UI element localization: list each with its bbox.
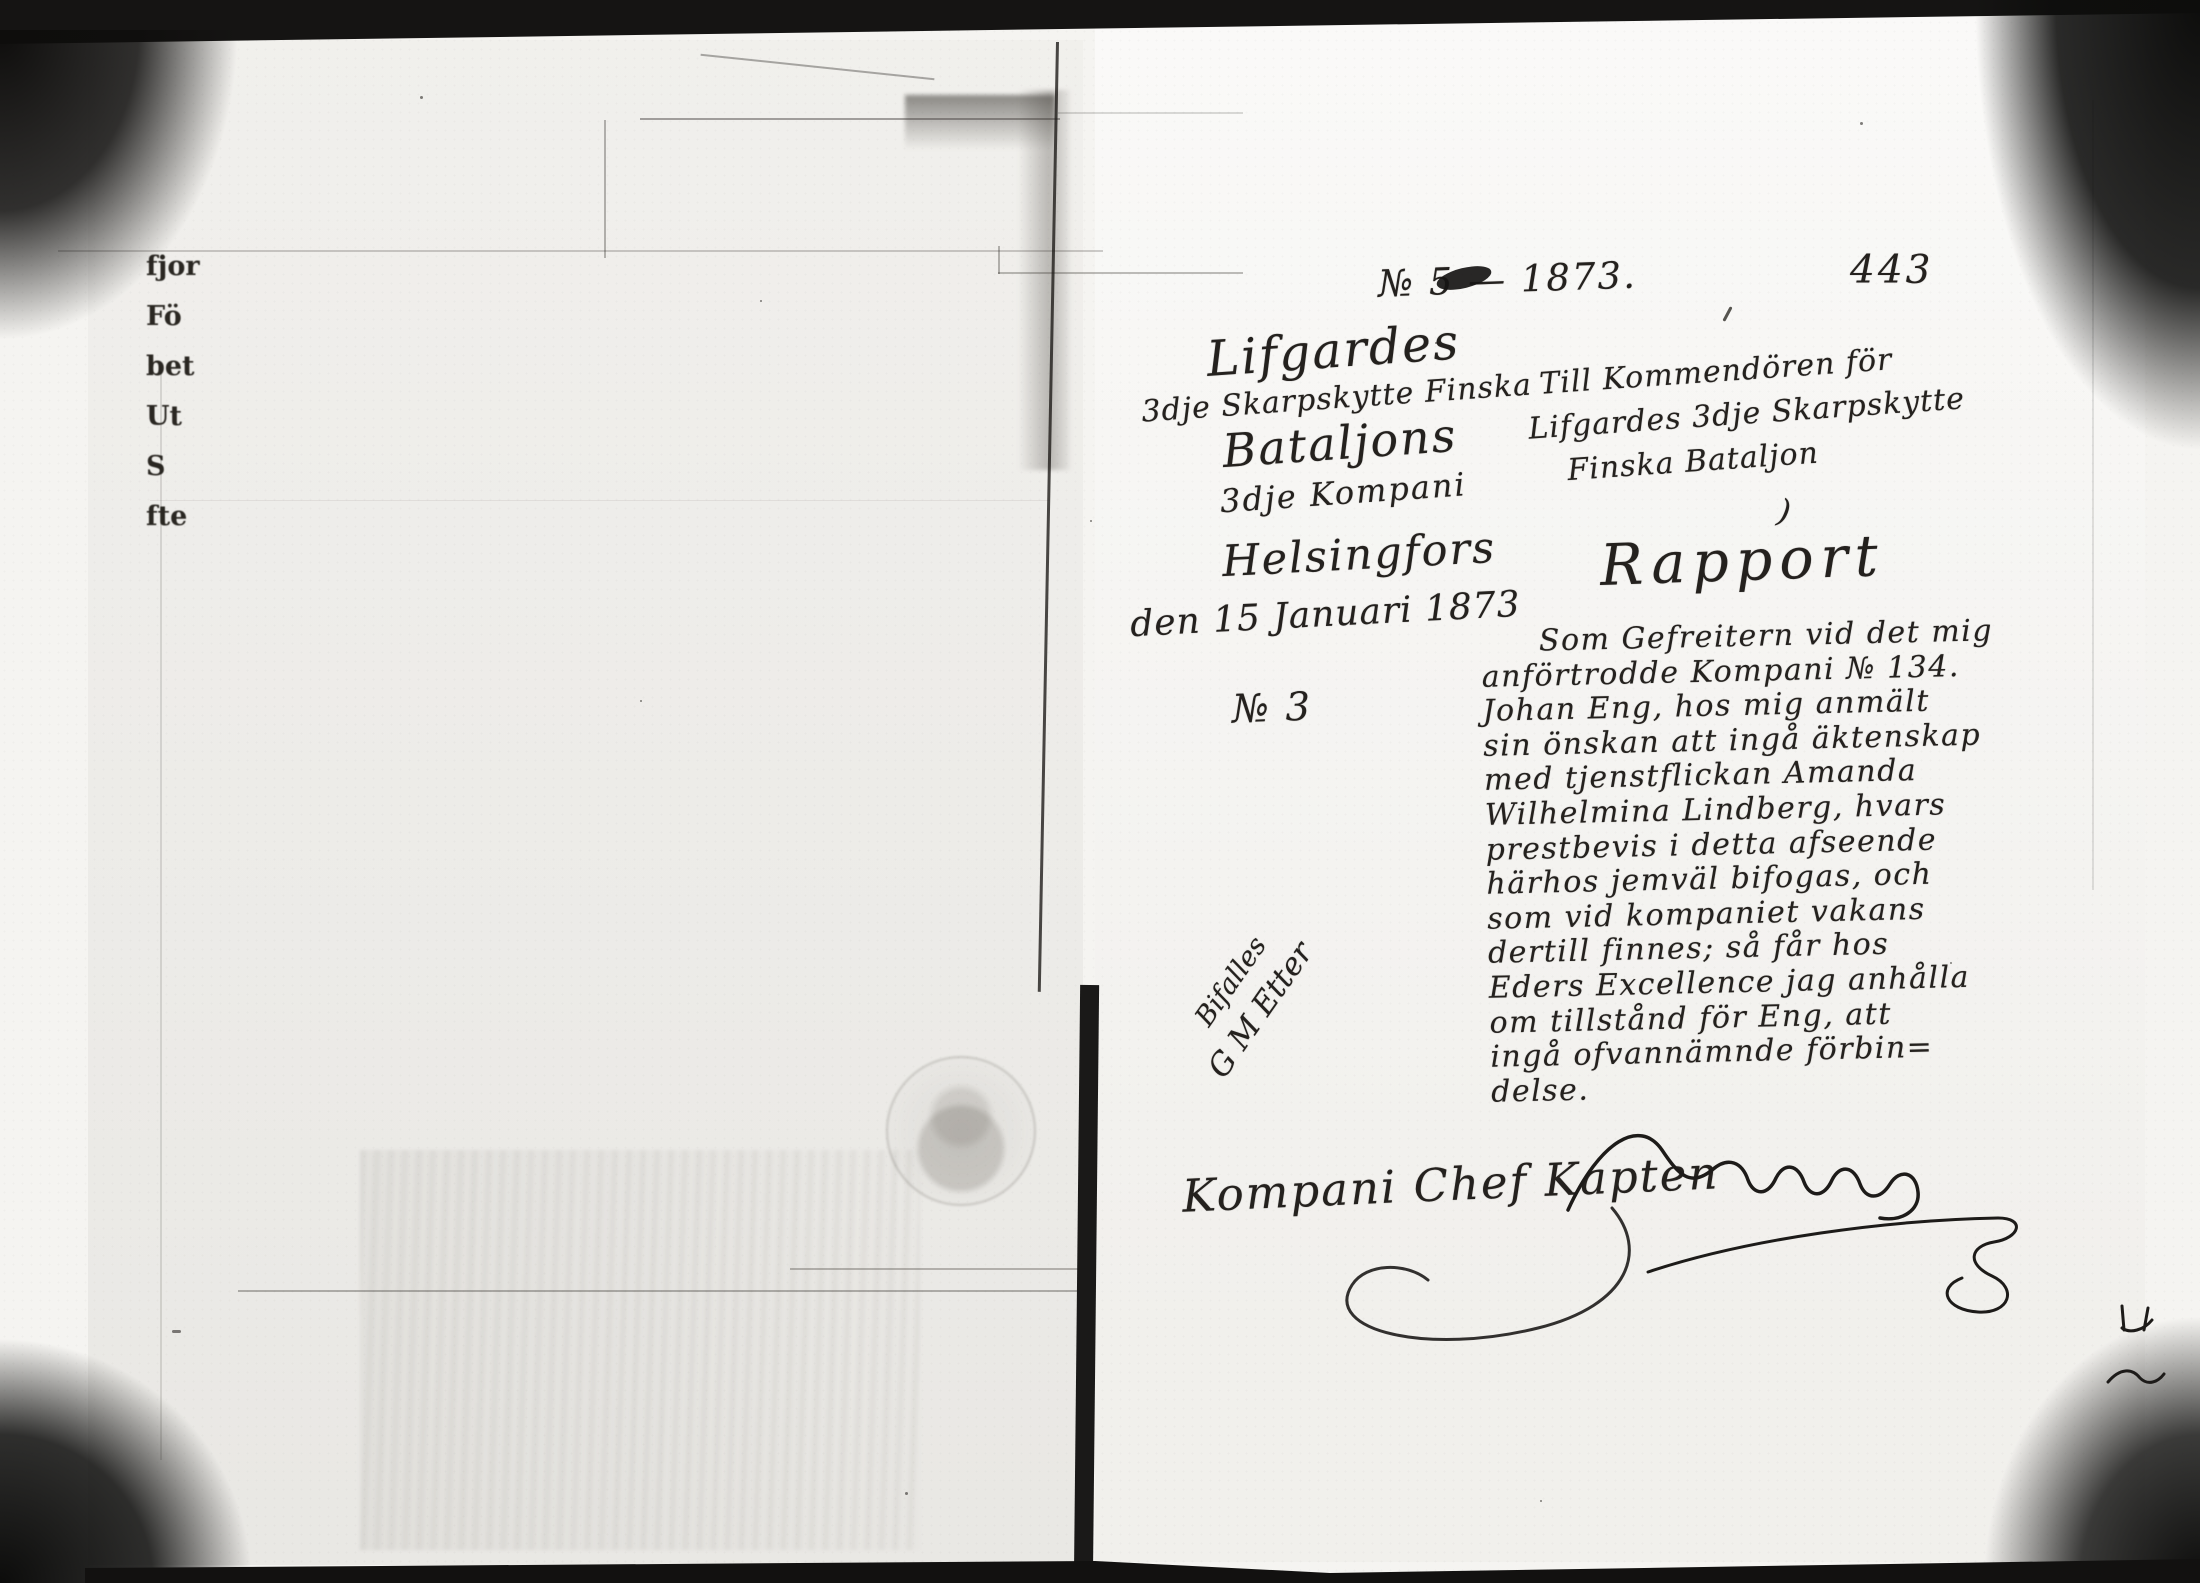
margin-scribble-marks xyxy=(2100,1290,2190,1410)
gutter-shadow xyxy=(1018,90,1070,470)
archive-page-number: 443 xyxy=(1850,248,1933,293)
dust-speck xyxy=(1090,520,1092,522)
scan-corner-top-right xyxy=(1880,0,2200,620)
underpage-smudge xyxy=(360,1150,920,1550)
scan-corner-top-left xyxy=(0,30,330,470)
letterhead-block: Lifgardes 3dje Skarpskytte Finska Batalj… xyxy=(1112,307,1564,527)
dust-speck xyxy=(1860,122,1863,125)
paper-edge-line xyxy=(604,120,606,258)
archival-scan-page: fjor Fö bet Ut S fte № 5 — 1873. 443 Lif… xyxy=(0,0,2200,1583)
paper-edge-line xyxy=(1058,112,1243,114)
document-number: № 5 — 1873. xyxy=(1377,253,1637,305)
report-body: Som Gefreitern vid det mig anförtrodde K… xyxy=(1481,614,2004,1110)
dust-speck xyxy=(760,300,762,302)
signature-flourishes xyxy=(1100,1100,2200,1450)
dust-speck xyxy=(905,1492,908,1495)
report-title: Rapport xyxy=(1599,523,1886,599)
dust-speck xyxy=(420,96,423,99)
paper-edge-step xyxy=(998,246,1000,274)
crease-line xyxy=(150,500,1050,501)
scan-corner-bottom-left xyxy=(0,1250,360,1583)
dust-speck xyxy=(172,1330,181,1333)
dust-speck xyxy=(1540,1500,1542,1502)
dust-speck xyxy=(640,700,642,702)
reference-number: № 3 xyxy=(1231,685,1313,733)
